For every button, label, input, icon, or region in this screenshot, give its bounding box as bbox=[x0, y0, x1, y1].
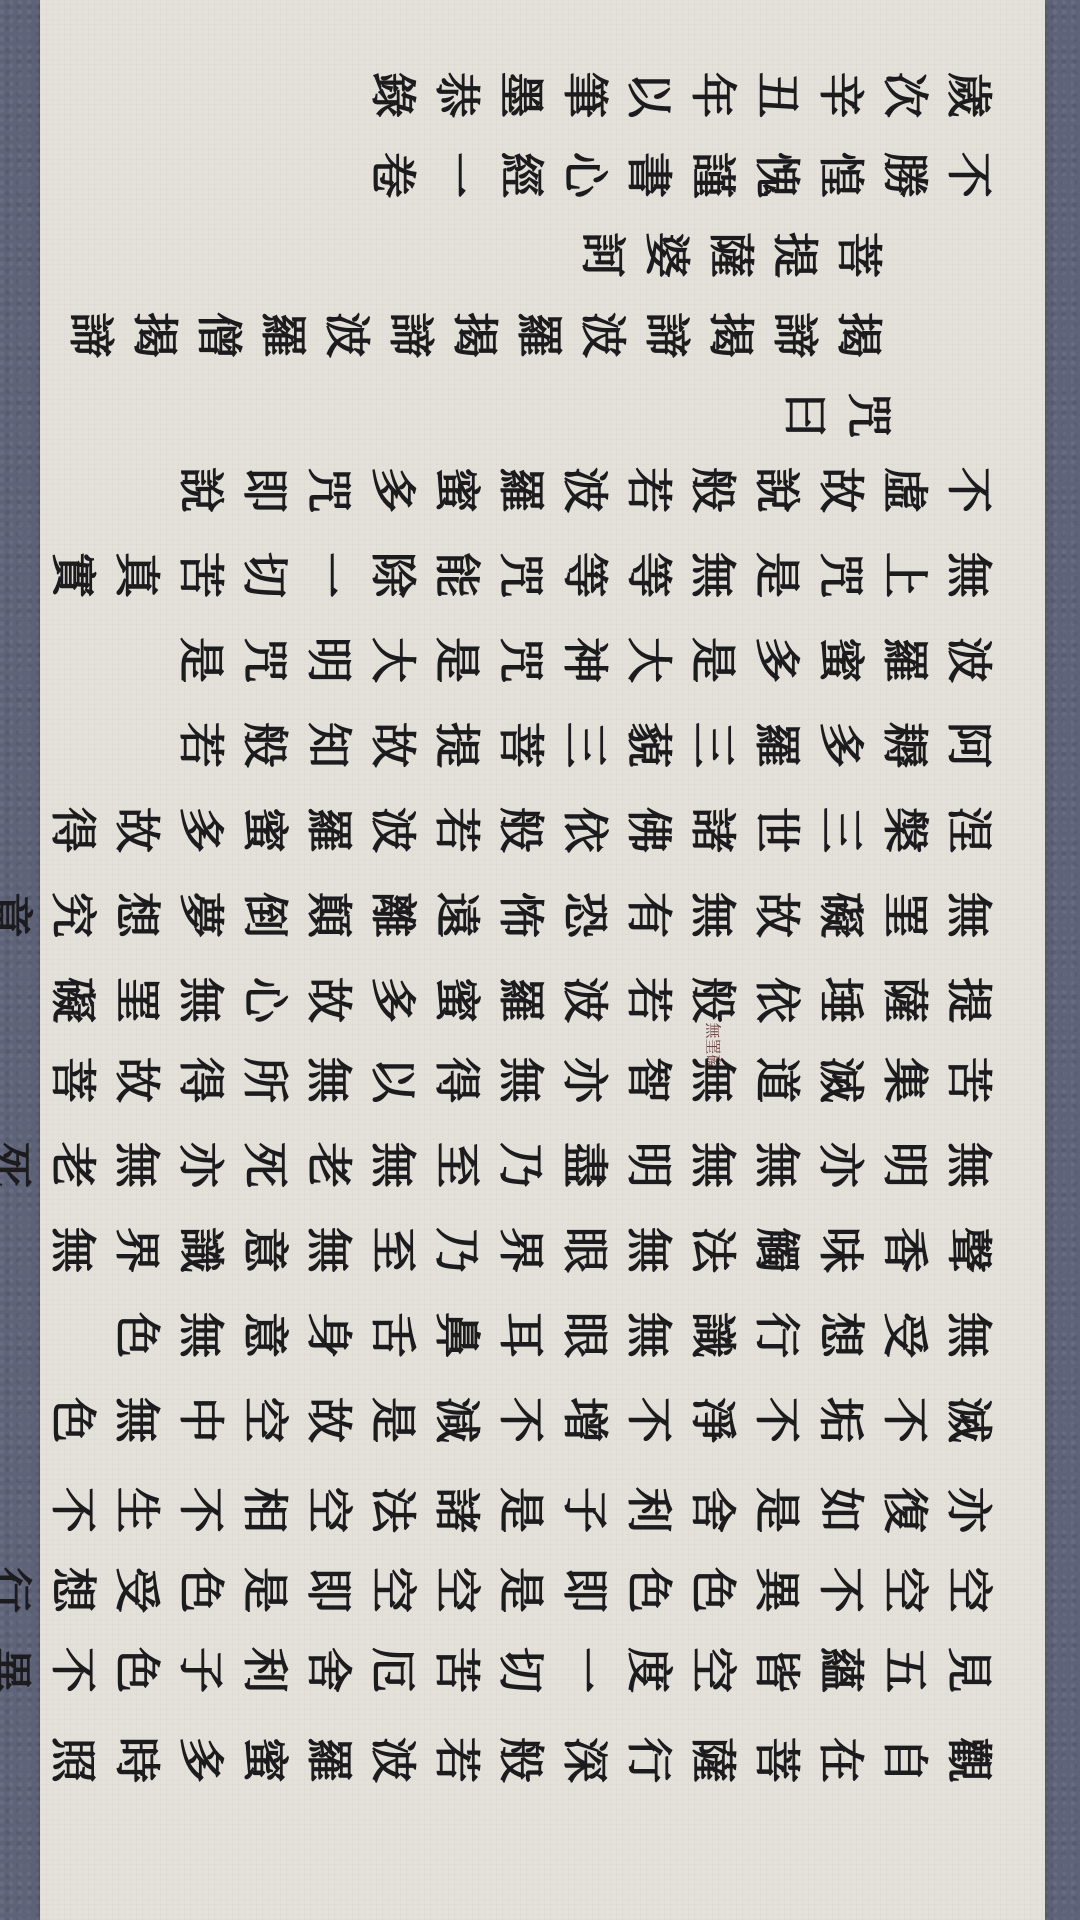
calligraphy-character: 利 bbox=[235, 1639, 295, 1701]
calligraphy-character: 錄 bbox=[363, 64, 423, 126]
calligraphy-character: 罣 bbox=[875, 884, 935, 946]
calligraphy-character: 等 bbox=[555, 544, 615, 606]
calligraphy-character: 舌 bbox=[363, 1304, 423, 1366]
calligraphy-character: 離 bbox=[363, 884, 423, 946]
calligraphy-character: 味 bbox=[811, 1219, 871, 1281]
calligraphy-character: 究 bbox=[43, 884, 103, 946]
calligraphy-character: 等 bbox=[619, 544, 679, 606]
calligraphy-character: 揭 bbox=[445, 304, 505, 366]
calligraphy-character: 空 bbox=[299, 1479, 359, 1541]
calligraphy-character: 法 bbox=[683, 1219, 743, 1281]
calligraphy-character: 不 bbox=[491, 1389, 551, 1451]
calligraphy-character: 度 bbox=[619, 1639, 679, 1701]
calligraphy-character: 是 bbox=[747, 544, 807, 606]
calligraphy-character: 老 bbox=[43, 1134, 103, 1196]
calligraphy-character: 復 bbox=[875, 1479, 935, 1541]
calligraphy-character: 無 bbox=[299, 1049, 359, 1111]
calligraphy-line: 觀自在菩薩行深般若波羅蜜多時照 bbox=[42, 1730, 1000, 1790]
calligraphy-character: 乃 bbox=[427, 1219, 487, 1281]
calligraphy-character: 是 bbox=[171, 629, 231, 691]
calligraphy-character: 蜜 bbox=[427, 969, 487, 1031]
calligraphy-character: 藐 bbox=[619, 714, 679, 776]
calligraphy-line: 不虛故說般若波羅蜜多咒即說 bbox=[170, 460, 1000, 520]
calligraphy-character: 咒 bbox=[811, 544, 871, 606]
calligraphy-character: 世 bbox=[747, 799, 807, 861]
calligraphy-character: 羅 bbox=[509, 304, 569, 366]
calligraphy-character: 故 bbox=[363, 714, 423, 776]
calligraphy-character: 盡 bbox=[555, 1134, 615, 1196]
calligraphy-character: 香 bbox=[875, 1219, 935, 1281]
calligraphy-character: 不 bbox=[619, 1389, 679, 1451]
calligraphy-character: 恭 bbox=[427, 64, 487, 126]
calligraphy-character: 異 bbox=[0, 1639, 39, 1701]
calligraphy-line: 涅槃三世諸佛依般若波羅蜜多故得 bbox=[42, 800, 1000, 860]
calligraphy-character: 若 bbox=[427, 1729, 487, 1791]
calligraphy-character: 故 bbox=[299, 1389, 359, 1451]
calligraphy-character: 次 bbox=[875, 64, 935, 126]
calligraphy-character: 中 bbox=[171, 1389, 231, 1451]
calligraphy-character: 色 bbox=[619, 1559, 679, 1621]
calligraphy-character: 子 bbox=[171, 1639, 231, 1701]
calligraphy-character: 空 bbox=[363, 1559, 423, 1621]
calligraphy-character: 大 bbox=[363, 629, 423, 691]
calligraphy-character: 切 bbox=[491, 1639, 551, 1701]
calligraphy-character: 舍 bbox=[683, 1479, 743, 1541]
calligraphy-character: 三 bbox=[555, 714, 615, 776]
calligraphy-character: 界 bbox=[107, 1219, 167, 1281]
calligraphy-character: 咒 bbox=[491, 629, 551, 691]
calligraphy-character: 書 bbox=[619, 144, 679, 206]
calligraphy-line: 提薩埵依般若波羅蜜多故心無罣礙 bbox=[42, 970, 1000, 1030]
calligraphy-character: 色 bbox=[683, 1559, 743, 1621]
calligraphy-character: 無 bbox=[939, 1134, 999, 1196]
calligraphy-character: 恐 bbox=[555, 884, 615, 946]
calligraphy-character: 是 bbox=[427, 629, 487, 691]
calligraphy-character: 利 bbox=[619, 1479, 679, 1541]
calligraphy-character: 菩 bbox=[491, 714, 551, 776]
calligraphy-character: 波 bbox=[363, 799, 423, 861]
calligraphy-character: 僧 bbox=[189, 304, 249, 366]
calligraphy-character: 卷 bbox=[363, 144, 423, 206]
calligraphy-character: 是 bbox=[491, 1559, 551, 1621]
calligraphy-character: 滅 bbox=[939, 1389, 999, 1451]
calligraphy-character: 眼 bbox=[555, 1219, 615, 1281]
calligraphy-character: 三 bbox=[683, 714, 743, 776]
calligraphy-character: 空 bbox=[683, 1639, 743, 1701]
calligraphy-character: 多 bbox=[811, 714, 871, 776]
calligraphy-character: 無 bbox=[619, 1304, 679, 1366]
calligraphy-character: 苦 bbox=[939, 1049, 999, 1111]
calligraphy-character: 槃 bbox=[875, 799, 935, 861]
calligraphy-character: 涅 bbox=[939, 799, 999, 861]
calligraphy-character: 依 bbox=[555, 799, 615, 861]
calligraphy-character: 一 bbox=[427, 144, 487, 206]
calligraphy-character: 菩 bbox=[829, 224, 889, 286]
calligraphy-character: 死 bbox=[0, 1134, 39, 1196]
calligraphy-character: 丑 bbox=[747, 64, 807, 126]
calligraphy-character: 羅 bbox=[253, 304, 313, 366]
calligraphy-character: 相 bbox=[235, 1479, 295, 1541]
calligraphy-character: 無 bbox=[683, 884, 743, 946]
calligraphy-line: 見五蘊皆空度一切苦厄舍利子色不異 bbox=[0, 1640, 1000, 1700]
calligraphy-character: 不 bbox=[747, 1389, 807, 1451]
calligraphy-character: 真 bbox=[107, 544, 167, 606]
calligraphy-scroll: 無罣礙 觀自在菩薩行深般若波羅蜜多時照見五蘊皆空度一切苦厄舍利子色不異空空不異色… bbox=[40, 0, 1045, 1920]
calligraphy-character: 一 bbox=[299, 544, 359, 606]
calligraphy-character: 多 bbox=[747, 629, 807, 691]
calligraphy-character: 不 bbox=[811, 1559, 871, 1621]
calligraphy-character: 五 bbox=[875, 1639, 935, 1701]
calligraphy-character: 至 bbox=[427, 1134, 487, 1196]
calligraphy-character: 多 bbox=[363, 969, 423, 1031]
calligraphy-character: 若 bbox=[619, 459, 679, 521]
calligraphy-character: 空 bbox=[939, 1559, 999, 1621]
calligraphy-character: 想 bbox=[107, 884, 167, 946]
calligraphy-character: 知 bbox=[299, 714, 359, 776]
calligraphy-character: 垢 bbox=[811, 1389, 871, 1451]
calligraphy-character: 無 bbox=[171, 969, 231, 1031]
calligraphy-character: 愧 bbox=[747, 144, 807, 206]
calligraphy-character: 若 bbox=[171, 714, 231, 776]
calligraphy-character: 波 bbox=[555, 969, 615, 1031]
calligraphy-character: 無 bbox=[683, 544, 743, 606]
calligraphy-character: 歲 bbox=[939, 64, 999, 126]
calligraphy-character: 心 bbox=[235, 969, 295, 1031]
calligraphy-character: 道 bbox=[747, 1049, 807, 1111]
calligraphy-character: 多 bbox=[171, 1729, 231, 1791]
calligraphy-character: 不 bbox=[939, 144, 999, 206]
calligraphy-character: 有 bbox=[619, 884, 679, 946]
calligraphy-character: 提 bbox=[765, 224, 825, 286]
calligraphy-character: 波 bbox=[939, 629, 999, 691]
calligraphy-character: 羅 bbox=[299, 1729, 359, 1791]
calligraphy-character: 身 bbox=[299, 1304, 359, 1366]
calligraphy-character: 照 bbox=[43, 1729, 103, 1791]
calligraphy-character: 無 bbox=[43, 1219, 103, 1281]
calligraphy-character: 色 bbox=[107, 1304, 167, 1366]
calligraphy-character: 是 bbox=[683, 629, 743, 691]
calligraphy-character: 羅 bbox=[747, 714, 807, 776]
calligraphy-character: 意 bbox=[235, 1304, 295, 1366]
calligraphy-character: 切 bbox=[235, 544, 295, 606]
calligraphy-character: 行 bbox=[619, 1729, 679, 1791]
calligraphy-character: 觀 bbox=[939, 1729, 999, 1791]
calligraphy-character: 鼻 bbox=[427, 1304, 487, 1366]
calligraphy-character: 倒 bbox=[235, 884, 295, 946]
calligraphy-character: 觸 bbox=[747, 1219, 807, 1281]
calligraphy-character: 無 bbox=[939, 884, 999, 946]
calligraphy-character: 若 bbox=[619, 969, 679, 1031]
calligraphy-character: 波 bbox=[573, 304, 633, 366]
calligraphy-character: 一 bbox=[555, 1639, 615, 1701]
calligraphy-character: 訶 bbox=[573, 224, 633, 286]
calligraphy-character: 得 bbox=[427, 1049, 487, 1111]
calligraphy-character: 不 bbox=[171, 1479, 231, 1541]
calligraphy-character: 蜜 bbox=[235, 1729, 295, 1791]
calligraphy-character: 薩 bbox=[683, 1729, 743, 1791]
calligraphy-character: 得 bbox=[43, 799, 103, 861]
calligraphy-character: 埵 bbox=[811, 969, 871, 1031]
calligraphy-character: 無 bbox=[939, 544, 999, 606]
calligraphy-character: 咒 bbox=[491, 544, 551, 606]
calligraphy-character: 三 bbox=[811, 799, 871, 861]
calligraphy-character: 上 bbox=[875, 544, 935, 606]
calligraphy-character: 色 bbox=[107, 1639, 167, 1701]
calligraphy-character: 亦 bbox=[939, 1479, 999, 1541]
calligraphy-line: 歲次辛丑年以筆墨恭錄 bbox=[362, 65, 1000, 125]
calligraphy-character: 空 bbox=[875, 1559, 935, 1621]
calligraphy-character: 即 bbox=[299, 1559, 359, 1621]
calligraphy-character: 厄 bbox=[363, 1639, 423, 1701]
calligraphy-character: 色 bbox=[171, 1559, 231, 1621]
calligraphy-character: 菩 bbox=[747, 1729, 807, 1791]
calligraphy-character: 勝 bbox=[875, 144, 935, 206]
calligraphy-character: 苦 bbox=[427, 1639, 487, 1701]
calligraphy-character: 即 bbox=[555, 1559, 615, 1621]
calligraphy-character: 般 bbox=[491, 1729, 551, 1791]
calligraphy-character: 不 bbox=[939, 459, 999, 521]
calligraphy-character: 行 bbox=[0, 1559, 39, 1621]
calligraphy-line: 苦集滅道無智亦無得以無所得故菩 bbox=[42, 1050, 1000, 1110]
calligraphy-character: 羅 bbox=[875, 629, 935, 691]
calligraphy-character: 薩 bbox=[875, 969, 935, 1031]
calligraphy-character: 意 bbox=[235, 1219, 295, 1281]
calligraphy-character: 竟 bbox=[0, 884, 39, 946]
calligraphy-character: 若 bbox=[427, 799, 487, 861]
calligraphy-character: 般 bbox=[235, 714, 295, 776]
calligraphy-character: 在 bbox=[811, 1729, 871, 1791]
calligraphy-character: 菩 bbox=[43, 1049, 103, 1111]
calligraphy-character: 是 bbox=[747, 1479, 807, 1541]
calligraphy-character: 曰 bbox=[775, 384, 835, 446]
calligraphy-character: 無 bbox=[107, 1389, 167, 1451]
calligraphy-line: 波羅蜜多是大神咒是大明咒是 bbox=[170, 630, 1000, 690]
calligraphy-character: 無 bbox=[171, 1304, 231, 1366]
calligraphy-character: 婆 bbox=[637, 224, 697, 286]
calligraphy-character: 明 bbox=[299, 629, 359, 691]
calligraphy-character: 滅 bbox=[811, 1049, 871, 1111]
calligraphy-character: 死 bbox=[235, 1134, 295, 1196]
calligraphy-character: 謹 bbox=[683, 144, 743, 206]
calligraphy-character: 年 bbox=[683, 64, 743, 126]
calligraphy-character: 是 bbox=[363, 1389, 423, 1451]
calligraphy-character: 空 bbox=[427, 1559, 487, 1621]
calligraphy-character: 行 bbox=[747, 1304, 807, 1366]
calligraphy-character: 諦 bbox=[381, 304, 441, 366]
calligraphy-character: 增 bbox=[555, 1389, 615, 1451]
calligraphy-character: 故 bbox=[811, 459, 871, 521]
calligraphy-character: 至 bbox=[363, 1219, 423, 1281]
calligraphy-character: 羅 bbox=[491, 969, 551, 1031]
calligraphy-character: 是 bbox=[491, 1479, 551, 1541]
calligraphy-character: 蜜 bbox=[427, 459, 487, 521]
calligraphy-character: 提 bbox=[427, 714, 487, 776]
calligraphy-character: 大 bbox=[619, 629, 679, 691]
calligraphy-character: 揭 bbox=[829, 304, 889, 366]
calligraphy-character: 蘊 bbox=[811, 1639, 871, 1701]
calligraphy-character: 諦 bbox=[637, 304, 697, 366]
calligraphy-character: 皆 bbox=[747, 1639, 807, 1701]
calligraphy-character: 故 bbox=[747, 884, 807, 946]
calligraphy-character: 識 bbox=[171, 1219, 231, 1281]
calligraphy-line: 無上咒是無等等咒能除一切苦真實 bbox=[42, 545, 1000, 605]
calligraphy-character: 想 bbox=[811, 1304, 871, 1366]
calligraphy-line: 阿耨多羅三藐三菩提故知般若 bbox=[170, 715, 1000, 775]
calligraphy-character: 多 bbox=[363, 459, 423, 521]
calligraphy-character: 不 bbox=[43, 1479, 103, 1541]
calligraphy-character: 受 bbox=[875, 1304, 935, 1366]
calligraphy-character: 蜜 bbox=[235, 799, 295, 861]
calligraphy-character: 聲 bbox=[939, 1219, 999, 1281]
calligraphy-character: 多 bbox=[171, 799, 231, 861]
calligraphy-character: 提 bbox=[939, 969, 999, 1031]
calligraphy-character: 諸 bbox=[683, 799, 743, 861]
calligraphy-character: 礙 bbox=[43, 969, 103, 1031]
calligraphy-character: 亦 bbox=[811, 1134, 871, 1196]
calligraphy-character: 不 bbox=[43, 1639, 103, 1701]
calligraphy-character: 諦 bbox=[765, 304, 825, 366]
calligraphy-character: 揭 bbox=[125, 304, 185, 366]
calligraphy-character: 無 bbox=[747, 1134, 807, 1196]
calligraphy-character: 界 bbox=[491, 1219, 551, 1281]
calligraphy-character: 異 bbox=[747, 1559, 807, 1621]
calligraphy-character: 生 bbox=[107, 1479, 167, 1541]
calligraphy-character: 神 bbox=[555, 629, 615, 691]
calligraphy-character: 無 bbox=[363, 1134, 423, 1196]
calligraphy-character: 波 bbox=[555, 459, 615, 521]
calligraphy-character: 般 bbox=[683, 459, 743, 521]
calligraphy-character: 墨 bbox=[491, 64, 551, 126]
calligraphy-character: 揭 bbox=[701, 304, 761, 366]
calligraphy-character: 無 bbox=[107, 1134, 167, 1196]
calligraphy-character: 諦 bbox=[61, 304, 121, 366]
calligraphy-line: 滅不垢不淨不增不減是故空中無色 bbox=[42, 1390, 1000, 1450]
calligraphy-character: 波 bbox=[363, 1729, 423, 1791]
calligraphy-character: 亦 bbox=[171, 1134, 231, 1196]
calligraphy-character: 除 bbox=[363, 544, 423, 606]
calligraphy-line: 無罣礙故無有恐怖遠離顛倒夢想究竟 bbox=[0, 885, 1000, 945]
calligraphy-character: 亦 bbox=[555, 1049, 615, 1111]
calligraphy-character: 無 bbox=[299, 1219, 359, 1281]
calligraphy-character: 般 bbox=[491, 799, 551, 861]
calligraphy-character: 深 bbox=[555, 1729, 615, 1791]
calligraphy-character: 筆 bbox=[555, 64, 615, 126]
calligraphy-character: 礙 bbox=[811, 884, 871, 946]
calligraphy-line: 不勝惶愧謹書心經一卷 bbox=[362, 145, 1000, 205]
calligraphy-character: 明 bbox=[619, 1134, 679, 1196]
calligraphy-character: 說 bbox=[747, 459, 807, 521]
calligraphy-character: 明 bbox=[875, 1134, 935, 1196]
calligraphy-character: 自 bbox=[875, 1729, 935, 1791]
calligraphy-character: 無 bbox=[683, 1134, 743, 1196]
calligraphy-character: 乃 bbox=[491, 1134, 551, 1196]
calligraphy-character: 想 bbox=[43, 1559, 103, 1621]
calligraphy-character: 咒 bbox=[839, 384, 899, 446]
calligraphy-line: 亦復如是舍利子是諸法空相不生不 bbox=[42, 1480, 1000, 1540]
calligraphy-character: 識 bbox=[683, 1304, 743, 1366]
calligraphy-character: 夢 bbox=[171, 884, 231, 946]
calligraphy-character: 是 bbox=[235, 1559, 295, 1621]
calligraphy-character: 羅 bbox=[491, 459, 551, 521]
calligraphy-line: 空空不異色色即是空空即是色受想行識 bbox=[0, 1560, 1000, 1620]
calligraphy-character: 耨 bbox=[875, 714, 935, 776]
calligraphy-character: 所 bbox=[235, 1049, 295, 1111]
calligraphy-character: 苦 bbox=[171, 544, 231, 606]
calligraphy-character: 波 bbox=[317, 304, 377, 366]
calligraphy-character: 依 bbox=[747, 969, 807, 1031]
calligraphy-character: 無 bbox=[619, 1219, 679, 1281]
calligraphy-character: 以 bbox=[363, 1049, 423, 1111]
calligraphy-character: 如 bbox=[811, 1479, 871, 1541]
calligraphy-character: 故 bbox=[299, 969, 359, 1031]
calligraphy-line: 無明亦無無明盡乃至無老死亦無老死盡 bbox=[0, 1135, 1000, 1195]
calligraphy-character: 遠 bbox=[427, 884, 487, 946]
calligraphy-character: 說 bbox=[171, 459, 231, 521]
calligraphy-character: 佛 bbox=[619, 799, 679, 861]
calligraphy-character: 空 bbox=[235, 1389, 295, 1451]
calligraphy-character: 阿 bbox=[939, 714, 999, 776]
calligraphy-character: 顛 bbox=[299, 884, 359, 946]
calligraphy-character: 集 bbox=[875, 1049, 935, 1111]
calligraphy-character: 智 bbox=[619, 1049, 679, 1111]
calligraphy-character: 惶 bbox=[811, 144, 871, 206]
calligraphy-character: 咒 bbox=[299, 459, 359, 521]
calligraphy-line: 菩提薩婆訶 bbox=[572, 225, 890, 285]
calligraphy-character: 時 bbox=[107, 1729, 167, 1791]
calligraphy-character: 子 bbox=[555, 1479, 615, 1541]
calligraphy-character: 受 bbox=[107, 1559, 167, 1621]
calligraphy-line: 聲香味觸法無眼界乃至無意識界無 bbox=[42, 1220, 1000, 1280]
calligraphy-character: 故 bbox=[107, 799, 167, 861]
calligraphy-character: 辛 bbox=[811, 64, 871, 126]
calligraphy-line: 無受想行識無眼耳鼻舌身意無色 bbox=[106, 1305, 1000, 1365]
calligraphy-character: 耳 bbox=[491, 1304, 551, 1366]
calligraphy-character: 諸 bbox=[427, 1479, 487, 1541]
calligraphy-character: 羅 bbox=[299, 799, 359, 861]
calligraphy-character: 法 bbox=[363, 1479, 423, 1541]
calligraphy-character: 見 bbox=[939, 1639, 999, 1701]
calligraphy-character: 咒 bbox=[235, 629, 295, 691]
calligraphy-character: 實 bbox=[43, 544, 103, 606]
calligraphy-character: 故 bbox=[107, 1049, 167, 1111]
calligraphy-character: 般 bbox=[683, 969, 743, 1031]
calligraphy-character: 眼 bbox=[555, 1304, 615, 1366]
calligraphy-character: 減 bbox=[427, 1389, 487, 1451]
calligraphy-character: 無 bbox=[683, 1049, 743, 1111]
calligraphy-character: 無 bbox=[939, 1304, 999, 1366]
calligraphy-character: 蜜 bbox=[811, 629, 871, 691]
calligraphy-character: 經 bbox=[491, 144, 551, 206]
calligraphy-character: 虛 bbox=[875, 459, 935, 521]
calligraphy-character: 舍 bbox=[299, 1639, 359, 1701]
calligraphy-character: 色 bbox=[43, 1389, 103, 1451]
calligraphy-character: 怖 bbox=[491, 884, 551, 946]
calligraphy-line: 咒曰 bbox=[774, 385, 900, 445]
calligraphy-character: 淨 bbox=[683, 1389, 743, 1451]
calligraphy-character: 心 bbox=[555, 144, 615, 206]
calligraphy-character: 能 bbox=[427, 544, 487, 606]
calligraphy-character: 老 bbox=[299, 1134, 359, 1196]
calligraphy-character: 以 bbox=[619, 64, 679, 126]
calligraphy-line: 揭諦揭諦波羅揭諦波羅僧揭諦 bbox=[60, 305, 890, 365]
calligraphy-character: 薩 bbox=[701, 224, 761, 286]
calligraphy-character: 不 bbox=[875, 1389, 935, 1451]
calligraphy-character: 即 bbox=[235, 459, 295, 521]
calligraphy-character: 得 bbox=[171, 1049, 231, 1111]
calligraphy-character: 罣 bbox=[107, 969, 167, 1031]
calligraphy-character: 無 bbox=[491, 1049, 551, 1111]
